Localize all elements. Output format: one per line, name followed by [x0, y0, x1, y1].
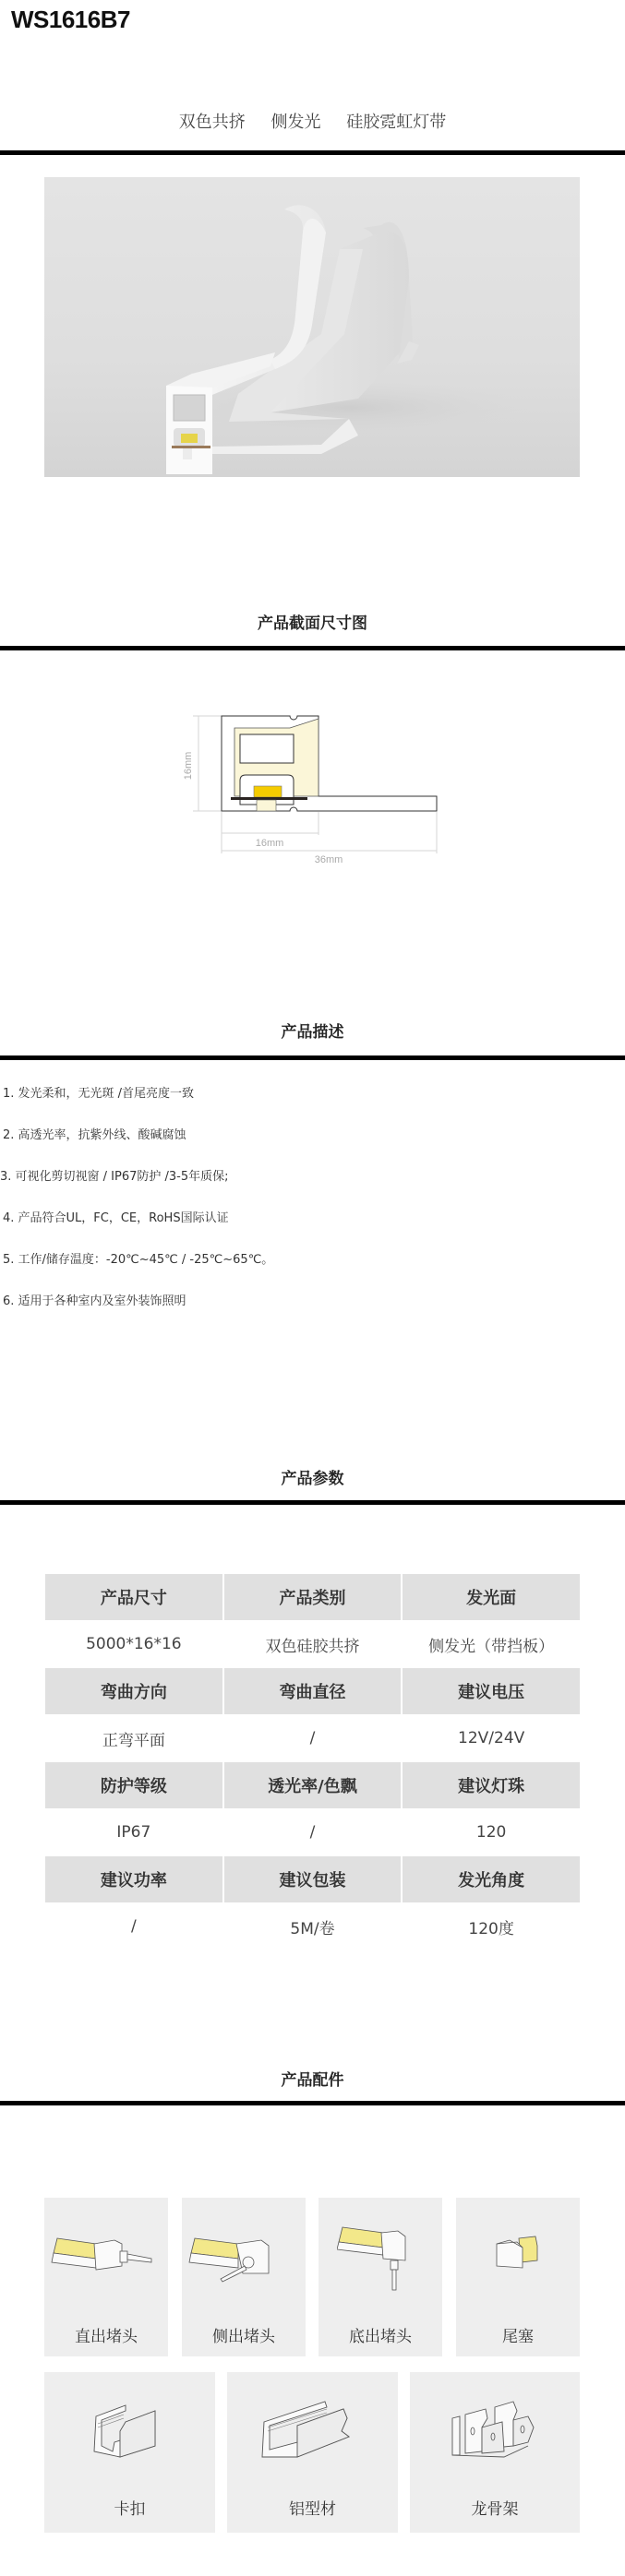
section-title-parameters: 产品参数 — [0, 1465, 625, 1488]
product-model-title: WS1616B7 — [11, 6, 130, 34]
accessory-label: 底出堵头 — [319, 2323, 442, 2346]
tag-silicone-neon: 硅胶霓虹灯带 — [346, 113, 446, 132]
accessory-label: 尾塞 — [456, 2323, 580, 2346]
value-cell: 5000*16*16 — [45, 1620, 222, 1668]
table-row: / 5M/卷 120度 — [45, 1902, 580, 1950]
accessory-label: 直出堵头 — [44, 2323, 168, 2346]
section-divider — [0, 1500, 625, 1505]
accessory-card-clip: 卡扣 — [44, 2372, 215, 2533]
section-divider — [0, 646, 625, 650]
parameters-table: 产品尺寸 产品类别 发光面 5000*16*16 双色硅胶共挤 侧发光（带挡板）… — [43, 1574, 582, 1950]
dim-height-label: 16mm — [183, 752, 194, 781]
value-cell: 120 — [403, 1808, 580, 1856]
section-divider — [0, 1055, 625, 1060]
product-hero-image — [44, 177, 580, 477]
tail-plug-icon — [491, 2235, 547, 2272]
value-cell: / — [224, 1714, 402, 1762]
description-item-4: 4. 产品符合UL，FC，CE，RoHS国际认证 — [3, 1208, 229, 1225]
accessory-card-straight-end-cap: 直出堵头 — [44, 2198, 168, 2356]
section-title-accessories: 产品配件 — [0, 2067, 625, 2090]
cross-section-diagram: 16mm 16mm 36mm — [166, 692, 462, 877]
description-item-2: 2. 高透光率，抗紫外线、酸碱腐蚀 — [3, 1125, 186, 1142]
header-cell: 发光面 — [403, 1574, 580, 1620]
section-divider — [0, 2101, 625, 2105]
aluminum-profile-icon — [260, 2398, 362, 2464]
header-cell: 建议包装 — [224, 1856, 402, 1902]
value-cell: 正弯平面 — [45, 1714, 222, 1762]
value-cell: 双色硅胶共挤 — [224, 1620, 402, 1668]
header-cell: 弯曲直径 — [224, 1668, 402, 1714]
accessory-card-aluminum-profile: 铝型材 — [227, 2372, 398, 2533]
neon-strip-render-icon — [44, 177, 580, 477]
header-cell: 建议功率 — [45, 1856, 222, 1902]
table-row: 5000*16*16 双色硅胶共挤 侧发光（带挡板） — [45, 1620, 580, 1668]
table-row: 正弯平面 / 12V/24V — [45, 1714, 580, 1762]
accessory-label: 铝型材 — [227, 2496, 398, 2519]
section-title-cross-section: 产品截面尺寸图 — [0, 610, 625, 633]
value-cell: 5M/卷 — [224, 1902, 402, 1950]
header-cell: 透光率/色飘 — [224, 1762, 402, 1808]
description-item-3: 3. 可视化剪切视窗 / IP67防护 /3-5年质保; — [0, 1166, 229, 1184]
clip-icon — [90, 2400, 164, 2464]
keel-bracket-icon — [449, 2400, 541, 2464]
dim-width-inner-label: 16mm — [256, 838, 284, 849]
value-cell: 120度 — [403, 1902, 580, 1950]
value-cell: / — [45, 1902, 222, 1950]
header-cell: 建议灯珠 — [403, 1762, 580, 1808]
accessory-card-side-end-cap: 侧出堵头 — [182, 2198, 306, 2356]
section-title-description: 产品描述 — [0, 1019, 625, 1042]
description-item-1: 1. 发光柔和，无光斑 /首尾亮度一致 — [3, 1083, 194, 1101]
value-cell: 侧发光（带挡板） — [403, 1620, 580, 1668]
side-end-cap-icon — [187, 2231, 300, 2286]
header-cell: 产品类别 — [224, 1574, 402, 1620]
header-cell: 建议电压 — [403, 1668, 580, 1714]
accessory-label: 龙骨架 — [410, 2496, 580, 2519]
value-cell: / — [224, 1808, 402, 1856]
tag-side-emitting: 侧发光 — [271, 113, 321, 132]
value-cell: IP67 — [45, 1808, 222, 1856]
table-header-row: 弯曲方向 弯曲直径 建议电压 — [45, 1668, 580, 1714]
accessory-card-bottom-end-cap: 底出堵头 — [319, 2198, 442, 2356]
header-cell: 发光角度 — [403, 1856, 580, 1902]
accessory-label: 卡扣 — [44, 2496, 215, 2519]
value-cell: 12V/24V — [403, 1714, 580, 1762]
description-item-5: 5. 工作/储存温度：-20℃~45℃ / -25℃~65℃。 — [3, 1249, 273, 1267]
accessory-card-keel-bracket: 龙骨架 — [410, 2372, 580, 2533]
dim-width-total-label: 36mm — [315, 854, 343, 865]
section-divider — [0, 150, 625, 155]
description-item-6: 6. 适用于各种室内及室外装饰照明 — [3, 1291, 186, 1308]
header-cell: 产品尺寸 — [45, 1574, 222, 1620]
accessory-card-tail-plug: 尾塞 — [456, 2198, 580, 2356]
table-header-row: 产品尺寸 产品类别 发光面 — [45, 1574, 580, 1620]
accessory-label: 侧出堵头 — [182, 2323, 306, 2346]
tag-dual-color: 双色共挤 — [179, 113, 246, 132]
table-header-row: 建议功率 建议包装 发光角度 — [45, 1856, 580, 1902]
product-tags: 双色共挤 侧发光 硅胶霓虹灯带 — [0, 109, 625, 133]
header-cell: 防护等级 — [45, 1762, 222, 1808]
header-cell: 弯曲方向 — [45, 1668, 222, 1714]
table-row: IP67 / 120 — [45, 1808, 580, 1856]
bottom-end-cap-icon — [337, 2224, 429, 2297]
straight-end-cap-icon — [50, 2231, 162, 2277]
table-header-row: 防护等级 透光率/色飘 建议灯珠 — [45, 1762, 580, 1808]
